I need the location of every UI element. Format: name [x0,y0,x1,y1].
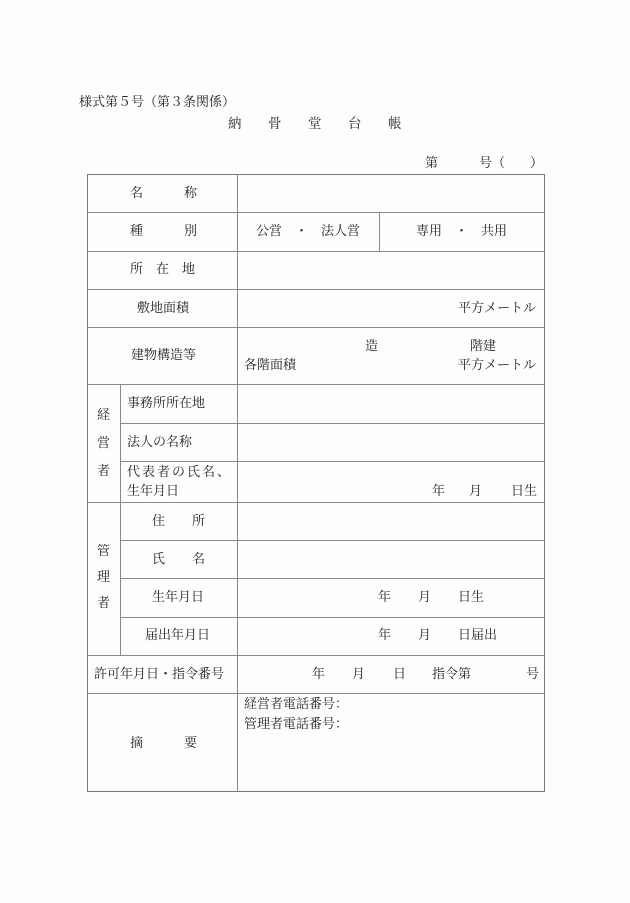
label-type-b: 別 [184,225,197,238]
notify-month: 月 [418,629,431,642]
building-structure-suffix: 造 [365,340,378,353]
label-type-a: 種 [130,225,143,238]
permit-go: 号 [526,668,539,681]
label-name-a: 名 [130,187,143,200]
divider [87,251,545,252]
label-office-location: 事務所所在地 [127,397,205,410]
label-remarks-b: 要 [184,737,197,750]
title-char: 台 [348,118,388,132]
title-char: 堂 [308,118,348,132]
divider [87,502,545,503]
label-rep-name: 代表者の氏名、 [127,466,232,479]
label-remarks-a: 摘 [130,737,143,750]
floor-area-label: 各階面積 [244,359,296,372]
divider [120,423,545,424]
manager-dob-day: 日生 [458,591,484,604]
register-close: ） [530,157,543,170]
divider [87,384,545,385]
rep-dob-year: 年 [432,485,445,498]
label-address-a: 住 [152,515,165,528]
divider [87,212,545,213]
location-field[interactable] [240,253,543,287]
manager-address-field[interactable] [240,504,543,538]
corp-name-field[interactable] [240,425,543,459]
register-dai: 第 [425,157,438,170]
operation-type-option[interactable]: 公営 ・ 法人営 [256,225,360,238]
site-area-unit: 平方メートル [458,302,536,315]
label-address-b: 所 [192,515,205,528]
notify-year: 年 [378,629,391,642]
divider [87,655,545,656]
title-char: 帳 [388,118,428,132]
operator-group-label: 経 営 者 [97,409,110,478]
label-notify-date: 届出年月日 [145,629,210,642]
label-manager-name-b: 名 [192,553,205,566]
permit-year: 年 [312,668,325,681]
divider [87,289,545,290]
operator-phone-label: 経営者電話番号： [244,698,348,711]
divider [379,212,380,251]
title-char: 骨 [268,118,308,132]
label-site-area: 敷地面積 [137,302,189,315]
divider [87,693,545,694]
remarks-field[interactable] [240,738,543,790]
manager-phone-label: 管理者電話番号： [244,718,348,731]
register-go: 号（ [479,157,505,170]
divider [87,327,545,328]
rep-dob-month: 月 [469,485,482,498]
label-manager-dob: 生年月日 [152,591,204,604]
manager-dob-month: 月 [418,591,431,604]
name-field[interactable] [240,176,543,210]
label-location: 所 在 地 [130,263,195,276]
title-char: 納 [228,118,268,132]
manager-name-field[interactable] [240,542,543,576]
permit-order: 指令第 [432,668,471,681]
divider [120,617,545,618]
label-name-b: 称 [184,187,197,200]
label-permit: 許可年月日・指令番号 [94,668,224,681]
notify-day: 日届出 [458,629,497,642]
manager-group-label: 管 理 者 [97,545,110,610]
floor-area-unit: 平方メートル [458,359,536,372]
divider [120,384,121,655]
label-manager-name-a: 氏 [152,553,165,566]
building-floors-suffix: 階建 [470,340,496,353]
permit-day: 日 [393,668,406,681]
page-title: 納骨堂台帳 [228,118,428,132]
site-area-field[interactable] [240,291,450,325]
form-id: 様式第５号（第３条関係） [79,96,235,109]
office-location-field[interactable] [240,386,543,421]
divider [120,578,545,579]
permit-month: 月 [352,668,365,681]
manager-dob-year: 年 [378,591,391,604]
rep-dob-day: 日生 [511,485,537,498]
divider [237,174,238,792]
usage-type-option[interactable]: 専用 ・ 共用 [416,225,507,238]
divider [120,461,545,462]
divider [120,540,545,541]
label-building: 建物構造等 [131,349,196,362]
label-corp-name: 法人の名称 [127,436,192,449]
label-rep-dob: 生年月日 [127,485,179,498]
